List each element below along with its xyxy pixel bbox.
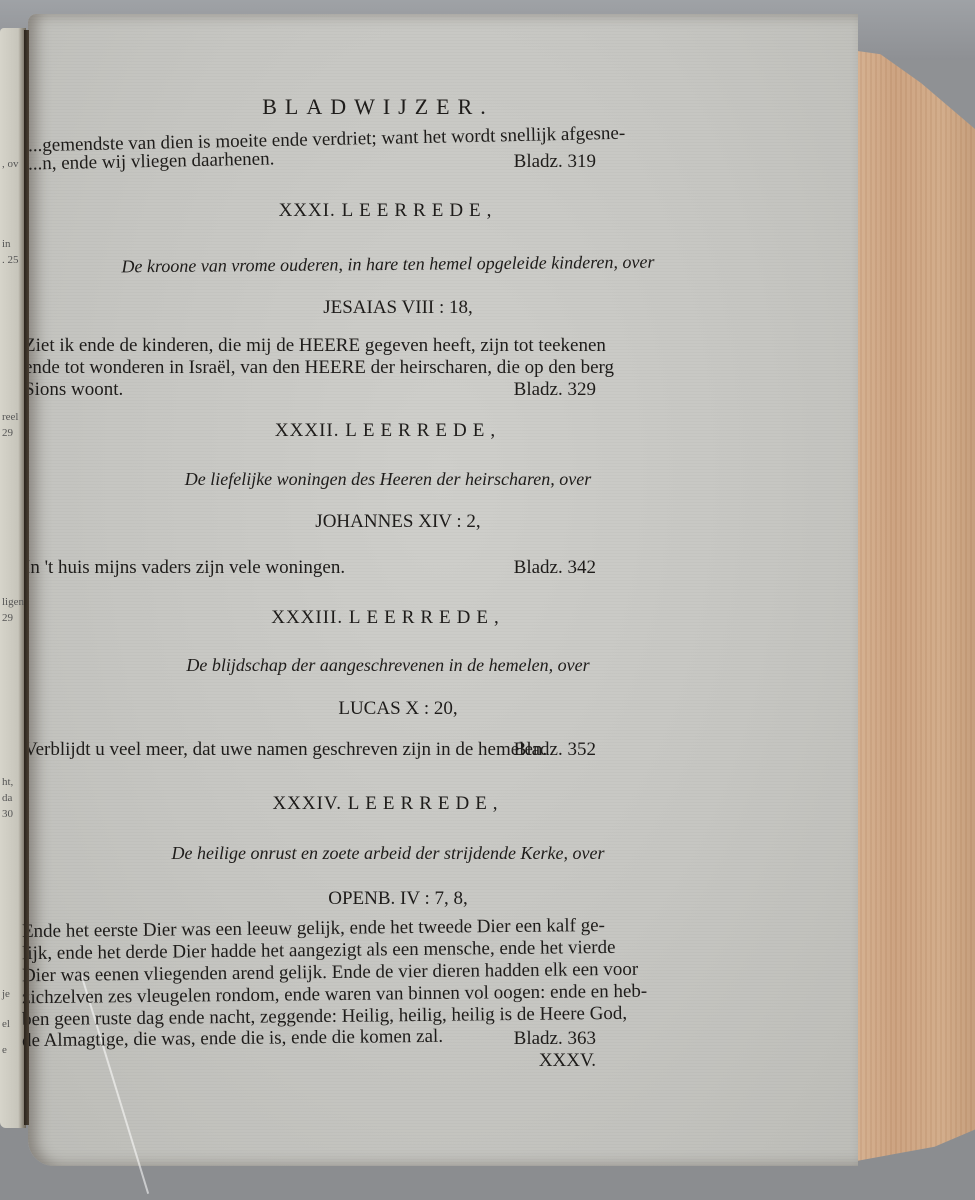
left-page-fragment: 29 xyxy=(2,612,13,624)
left-page-fragment: el xyxy=(2,1018,10,1030)
sermon-number: XXXII. xyxy=(275,420,340,441)
sermon-label: LEERREDE, xyxy=(348,793,504,814)
sermon-number: XXXIV. xyxy=(272,793,342,814)
scripture-text-line: de Almagtige, die was, ende die is, ende… xyxy=(22,1026,443,1052)
sermon-heading: XXXIII. LEERREDE, xyxy=(128,607,648,629)
catchword: XXXV. xyxy=(539,1050,596,1072)
right-page: BLADWIJZER. ...gemendste van dien is moe… xyxy=(28,14,858,1166)
left-page-fragment: ligen xyxy=(2,596,24,608)
sermon-subtitle: De blijdschap der aangeschrevenen in de … xyxy=(68,655,708,676)
page-title: BLADWIJZER. xyxy=(228,94,528,120)
scripture-text-line: Sions woont. xyxy=(24,379,123,401)
page-reference: Bladz. 342 xyxy=(514,557,596,579)
left-page-fragment: ht, xyxy=(2,776,13,788)
sermon-label: LEERREDE, xyxy=(349,607,505,628)
left-page-fragment: reel xyxy=(2,411,18,423)
sermon-heading: XXXII. LEERREDE, xyxy=(128,420,648,442)
continuation-line: ...n, ende wij vliegen daarhenen. xyxy=(28,148,275,175)
scripture-reference: JESAIAS VIII : 18, xyxy=(128,297,668,319)
left-page-fragment: e xyxy=(2,1044,7,1056)
scripture-text-line: ende tot wonderen in Israël, van den HEE… xyxy=(24,357,614,379)
sermon-label: LEERREDE, xyxy=(345,420,501,441)
scripture-text-line: In 't huis mijns vaders zijn vele woning… xyxy=(24,557,345,579)
page-reference: Bladz. 352 xyxy=(514,739,596,761)
left-page-fragment: 30 xyxy=(2,808,13,820)
book-fore-edge xyxy=(840,14,975,1164)
sermon-heading: XXXI. LEERREDE, xyxy=(128,200,648,222)
sermon-heading: XXXIV. LEERREDE, xyxy=(128,793,648,815)
sermon-subtitle: De liefelijke woningen des Heeren der he… xyxy=(68,469,708,490)
scripture-reference: JOHANNES XIV : 2, xyxy=(128,511,668,533)
scripture-reference: OPENB. IV : 7, 8, xyxy=(128,888,668,910)
sermon-number: XXXIII. xyxy=(271,607,343,628)
page-reference: Bladz. 329 xyxy=(514,379,596,401)
page-reference: Bladz. 319 xyxy=(514,151,596,173)
left-page-fragment: 29 xyxy=(2,427,13,439)
scripture-reference: LUCAS X : 20, xyxy=(128,698,668,720)
left-page-fragment: je xyxy=(2,988,10,1000)
left-page-fragment: da xyxy=(2,792,12,804)
sermon-subtitle: De heilige onrust en zoete arbeid der st… xyxy=(68,843,708,864)
left-page-fragment: in xyxy=(2,238,11,250)
scripture-text-line: Ziet ik ende de kinderen, die mij de HEE… xyxy=(24,335,606,357)
sermon-label: LEERREDE, xyxy=(342,200,498,221)
page-reference: Bladz. 363 xyxy=(514,1028,596,1050)
sermon-subtitle: De kroone van vrome ouderen, in hare ten… xyxy=(68,251,708,278)
left-page-fragment: . 25 xyxy=(2,254,19,266)
scripture-text-line: Verblijdt u veel meer, dat uwe namen ges… xyxy=(24,739,547,761)
sermon-number: XXXI. xyxy=(279,200,336,221)
left-page-fragment: , ov xyxy=(2,158,19,170)
book-gutter xyxy=(24,30,29,1125)
